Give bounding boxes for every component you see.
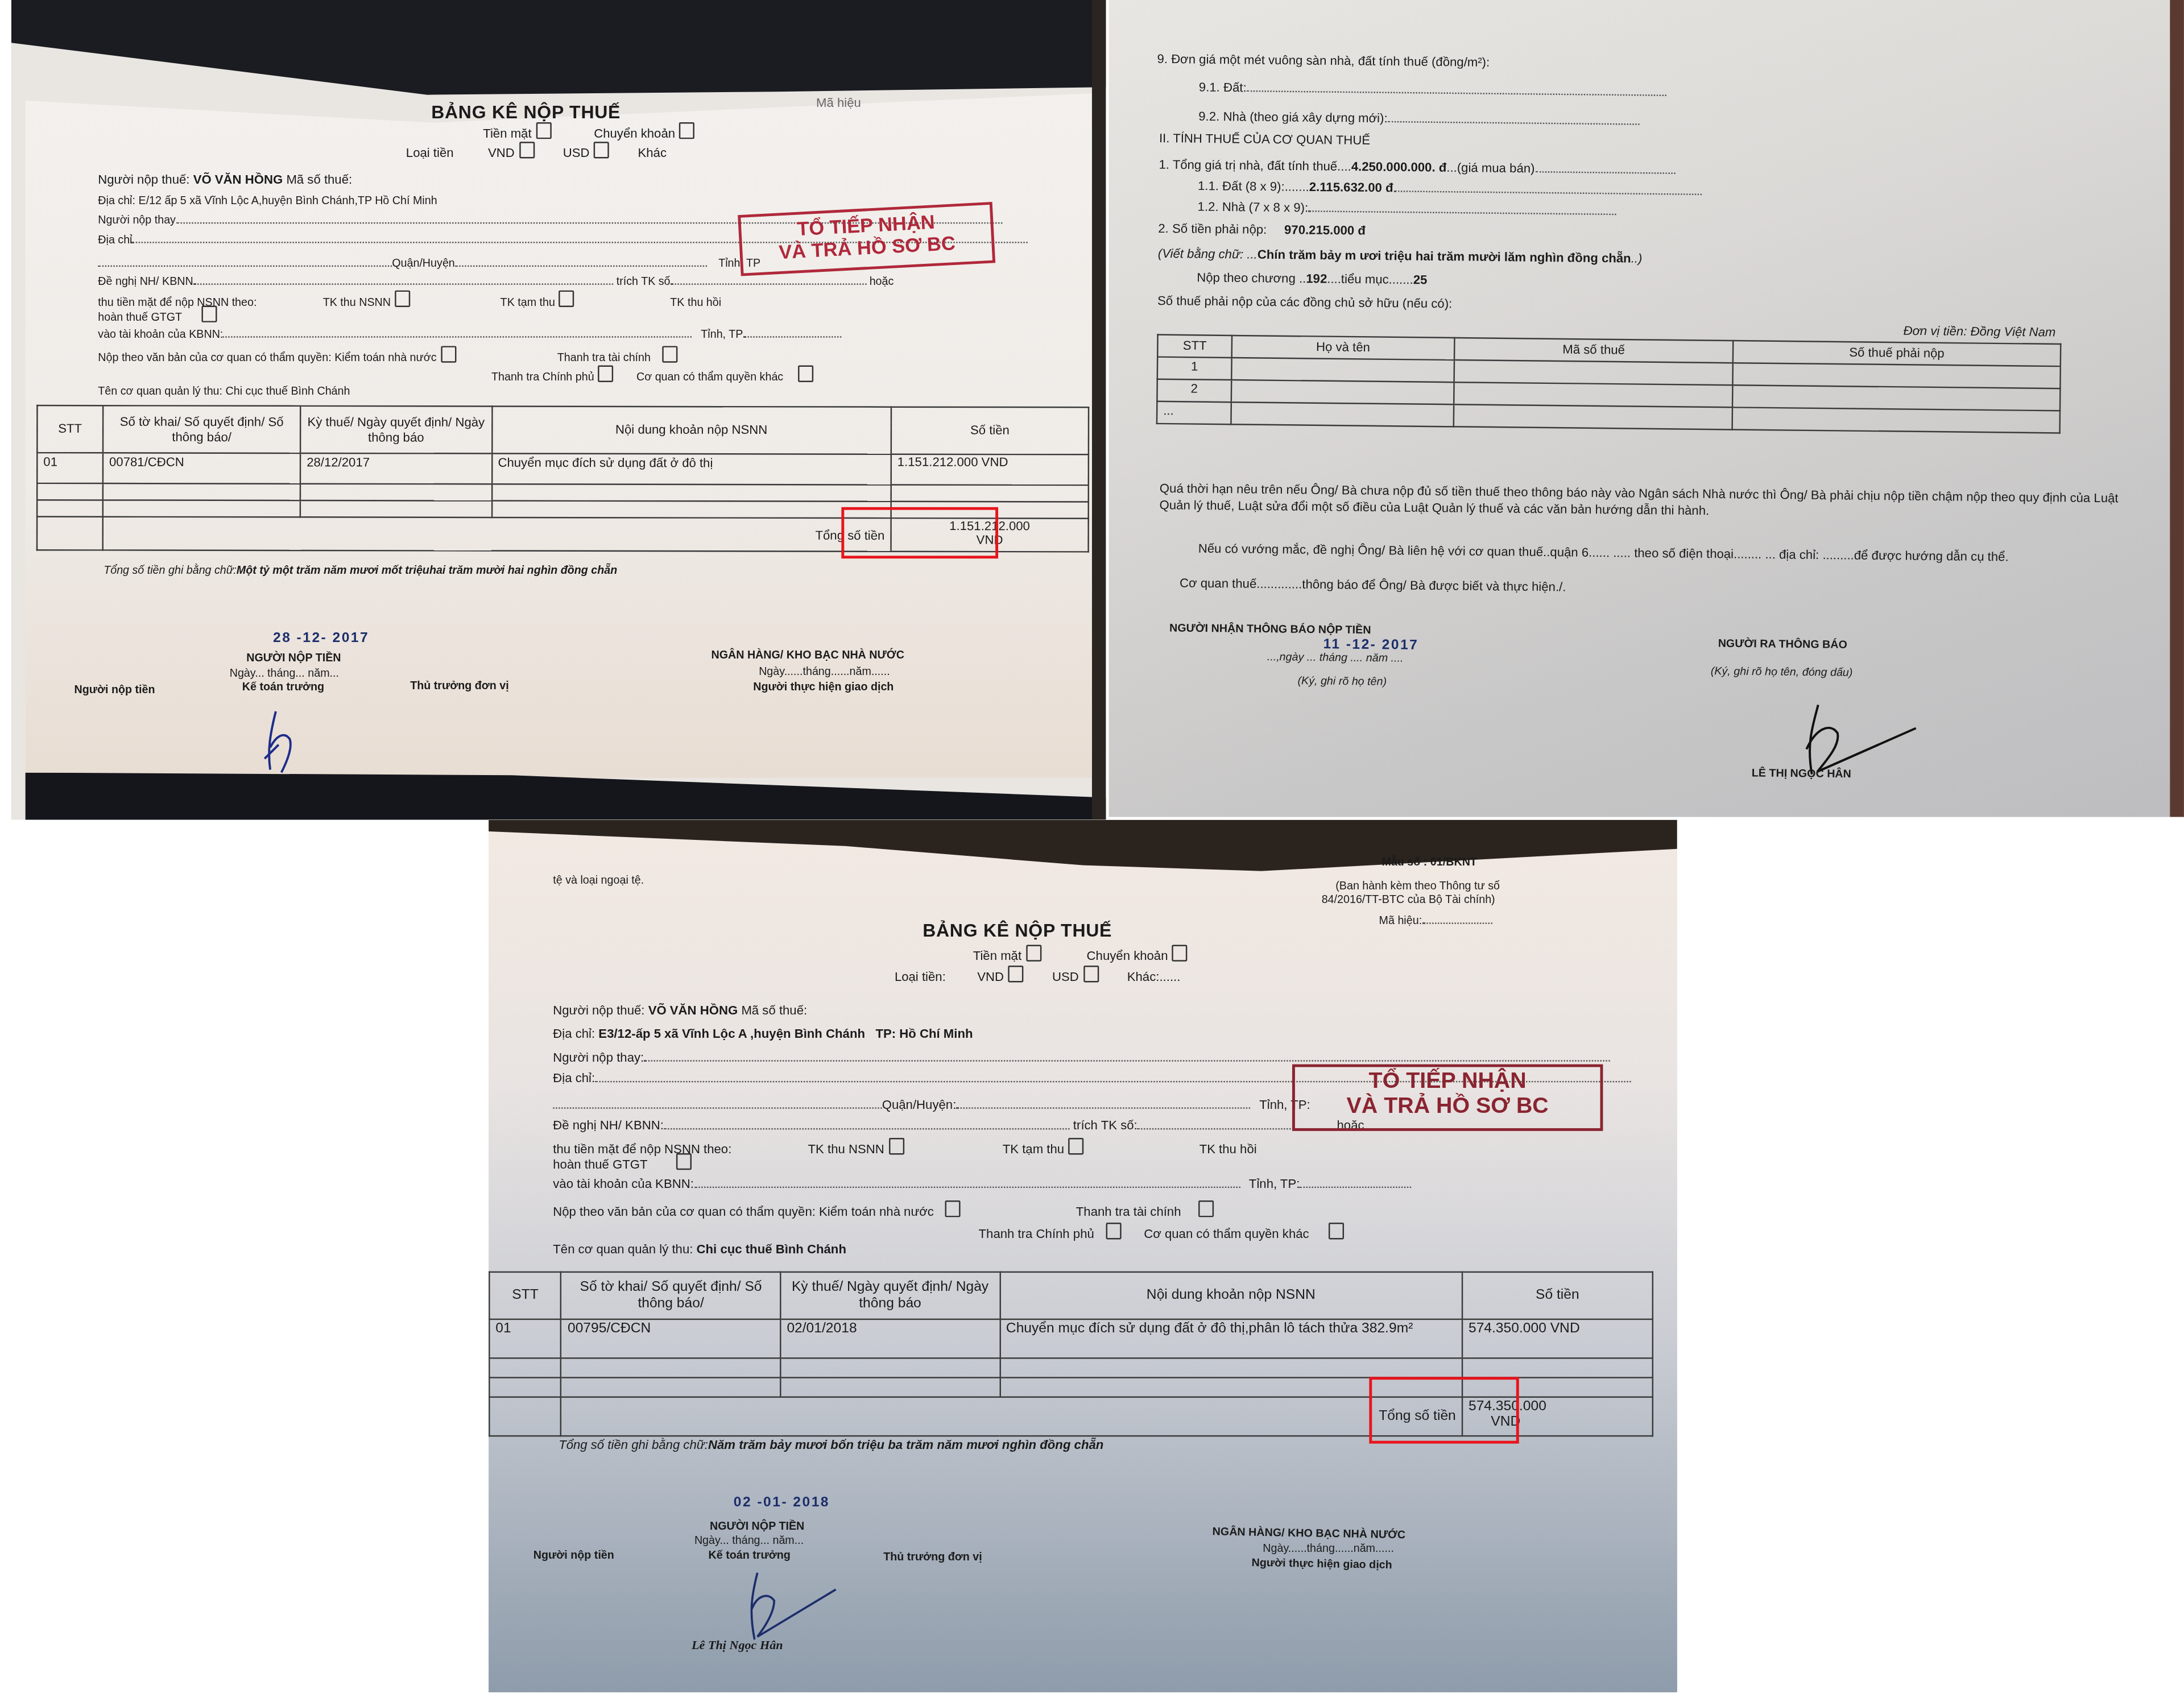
tk-tam-thu-label: TK tạm thu	[1003, 1142, 1064, 1156]
amount-due-value: 970.215.000 đ	[1284, 223, 1366, 238]
item-1-1-label: 1.1. Đất (8 x 9):.......	[1198, 179, 1309, 193]
kbnn-account-label: vào tài khoản của KBNN:	[553, 1177, 694, 1190]
address2-label: Địa chỉ	[98, 233, 132, 246]
state-audit-label: Kiểm toán nhà nước	[334, 351, 436, 364]
district-label: Quận/Huyện	[392, 257, 455, 270]
district-row: Quận/Huyện Tỉnh, TP	[98, 256, 760, 270]
vnd-checkbox[interactable]	[519, 142, 534, 158]
tk-tam-thu-checkbox[interactable]	[559, 291, 574, 307]
finance-inspect-checkbox[interactable]	[1198, 1200, 1213, 1217]
table-header-row: STT Số tờ khai/ Số quyết định/ Số thông …	[37, 405, 1089, 454]
bank-date-line: Ngày......tháng......năm......	[759, 667, 890, 678]
form-reference-1: (Ban hành kèm theo Thông tư số	[1335, 881, 1500, 892]
payer-role-2: Kế toán trưởng	[709, 1551, 791, 1562]
tax-payment-slip-photo-2: tệ và loại ngoại tệ. Mẫu số : 01/BKNT (B…	[489, 820, 1677, 1692]
other-currency-label: Khác:......	[1127, 970, 1181, 983]
column-header: Mã số thuế	[1454, 338, 1733, 363]
receiver-heading: NGƯỜI NHẬN THÔNG BÁO NỘP TIỀN	[1169, 623, 1371, 636]
agency-row: Tên cơ quan quản lý thu: Chi cục thuế Bì…	[98, 386, 350, 397]
taxpayer-name: VÕ VĂN HỒNG	[193, 172, 283, 186]
item-1-value: 4.250.000.000. đ	[1351, 160, 1447, 175]
vat-refund-label: hoàn thuế GTGT	[98, 311, 182, 324]
amount-in-words-row: Tổng số tiền ghi bằng chữ:Năm trăm bảy m…	[559, 1439, 1103, 1452]
payer-role-3: Thủ trưởng đơn vị	[410, 681, 509, 692]
payer-role-1: Người nộp tiền	[533, 1551, 614, 1562]
authority-doc-label: Nộp theo văn bản của cơ quan có thẩm quy…	[553, 1204, 816, 1218]
other-currency-label: Khác	[638, 146, 666, 160]
currency-label: Loại tiền:	[895, 970, 946, 983]
finance-inspect-checkbox[interactable]	[662, 346, 677, 362]
authority-doc-label: Nộp theo văn bản của cơ quan có thẩm quy…	[98, 351, 331, 364]
payer-on-behalf-label: Người nộp thay	[98, 214, 176, 226]
taxpayer-label: Người nộp thuế:	[98, 172, 189, 186]
table-row: 01 00795/CĐCN 02/01/2018 Chuyển mục đích…	[489, 1319, 1653, 1358]
gov-inspect-label: Thanh tra Chính phủ	[491, 371, 594, 383]
table-row-empty	[37, 483, 1089, 502]
cell-amount: 574.350.000 VND	[1462, 1319, 1653, 1358]
other-authority-checkbox[interactable]	[1329, 1223, 1344, 1239]
debit-account-label: trích TK số	[617, 275, 671, 288]
vnd-checkbox[interactable]	[1008, 966, 1023, 982]
column-header: Kỳ thuế/ Ngày quyết định/ Ngày thông báo	[780, 1272, 999, 1319]
gov-inspect-label: Thanh tra Chính phủ	[979, 1227, 1094, 1240]
chapter-value: 192	[1306, 272, 1327, 286]
kbnn-account-row: vào tài khoản của KBNN: Tỉnh, TP	[98, 326, 841, 340]
currency-label: Loại tiền	[406, 146, 454, 160]
vat-refund-checkbox[interactable]	[202, 306, 217, 322]
stamp-line-1: TỔ TIẾP NHẬN	[1295, 1070, 1600, 1095]
taxpayer-label: Người nộp thuế:	[553, 1003, 644, 1017]
section-2-heading: II. TÍNH THUẾ CỦA CƠ QUAN THUẾ	[1159, 132, 1370, 147]
address-row: Địa chỉ: E3/12-ấp 5 xã Vĩnh Lộc A ,huyện…	[553, 1028, 973, 1041]
tax-notice-photo: 9. Đơn giá một mét vuông sàn nhà, đất tí…	[1109, 0, 2184, 817]
column-header: Nội dung khoản nộp NSNN	[491, 406, 891, 454]
taxpayer-name: VÕ VĂN HỒNG	[648, 1003, 738, 1017]
in-words-end: ..)	[1631, 251, 1643, 266]
photo-edge	[1092, 0, 1106, 820]
cell-stt: ...	[1157, 401, 1231, 424]
cell-amount: 1.151.212.000 VND	[891, 454, 1089, 485]
cash-checkbox[interactable]	[1026, 945, 1041, 961]
signer-name: Lê Thị Ngọc Hân	[692, 1639, 783, 1652]
kbnn-account-label: vào tài khoản của KBNN:	[98, 328, 223, 341]
kbnn-account-row: vào tài khoản của KBNN: Tỉnh, TP:	[553, 1177, 1412, 1190]
receiver-date-line: ...,ngày ... tháng .... năm ....	[1267, 652, 1404, 664]
highlight-box	[841, 507, 998, 558]
transfer-checkbox[interactable]	[1172, 945, 1188, 961]
item-9: 9. Đơn giá một mét vuông sàn nhà, đất tí…	[1157, 53, 1490, 69]
column-header: Họ và tên	[1232, 336, 1455, 360]
corner-note: tệ và loại ngoại tệ.	[553, 875, 644, 887]
finance-inspect-label: Thanh tra tài chính	[557, 351, 651, 364]
payer-date-line: Ngày... tháng... năm...	[694, 1535, 804, 1547]
usd-label: USD	[563, 146, 590, 160]
payer-role-1: Người nộp tiền	[74, 685, 155, 697]
tk-tam-thu-checkbox[interactable]	[1068, 1138, 1083, 1154]
currency-row: Loại tiền VND USD Khác	[406, 142, 667, 160]
signature-mark	[741, 1570, 853, 1646]
gov-inspect-checkbox[interactable]	[1106, 1223, 1121, 1239]
cell-date: 28/12/2017	[300, 453, 491, 484]
total-label: Tổng số tiền	[561, 1397, 1462, 1436]
province2-label: Tỉnh, TP:	[1249, 1177, 1300, 1190]
column-header: Số tờ khai/ Số quyết định/ Số thông báo/	[103, 405, 300, 453]
tax-code-label: Mã số thuế:	[286, 172, 352, 186]
item-1-2-label: 1.2. Nhà (7 x 8 x 9):	[1198, 200, 1309, 214]
issuer-heading: NGƯỜI RA THÔNG BÁO	[1718, 639, 1847, 651]
item-2-row: 2. Số tiền phải nộp: 970.215.000 đ	[1158, 223, 1366, 238]
column-header: Kỳ thuế/ Ngày quyết định/ Ngày thông báo	[300, 406, 491, 454]
item-9-1-label: 9.1. Đất:	[1199, 80, 1247, 94]
payer-heading: NGƯỜI NỘP TIỀN	[246, 653, 341, 664]
bank-role: Người thực hiện giao dịch	[753, 682, 894, 694]
currency-unit: Đơn vị tiền: Đồng Việt Nam	[1903, 325, 2055, 339]
reception-stamp: TỔ TIẾP NHẬN VÀ TRẢ HỒ SƠ BC	[1292, 1065, 1603, 1131]
state-audit-label: Kiểm toán nhà nước	[819, 1204, 934, 1218]
vnd-label: VND	[977, 970, 1004, 983]
authority-row: Nộp theo văn bản của cơ quan có thẩm quy…	[553, 1200, 1213, 1219]
table-row: 01 00781/CĐCN 28/12/2017 Chuyển mục đích…	[37, 453, 1089, 485]
district-label: Quận/Huyện:	[882, 1098, 957, 1111]
usd-label: USD	[1052, 970, 1079, 983]
taxpayer-row: Người nộp thuế: VÕ VĂN HỒNG Mã số thuế:	[98, 173, 352, 186]
payment-method-row: Tiền mặt Chuyển khoản	[973, 945, 1188, 963]
state-audit-checkbox[interactable]	[441, 346, 456, 362]
agency-row: Tên cơ quan quản lý thu: Chi cục thuế Bì…	[553, 1244, 846, 1256]
request-label: Đề nghị NH/ KBNN:	[553, 1119, 664, 1132]
cell-doc-number: 00795/CĐCN	[561, 1319, 780, 1358]
chapter-label: Nộp theo chương ..	[1197, 271, 1306, 285]
cell-content: Chuyển mục đích sử dụng đất ở đô thị	[491, 454, 891, 485]
code-label: Mã hiệu:	[1379, 914, 1422, 927]
agency-value: Chi cục thuế Bình Chánh	[697, 1242, 846, 1256]
column-header: STT	[1157, 335, 1232, 358]
highlight-box	[1369, 1377, 1519, 1443]
usd-checkbox[interactable]	[1083, 966, 1098, 982]
cell-doc-number: 00781/CĐCN	[103, 453, 300, 483]
cell-content: Chuyển mục đích sử dụng đất ở đô thị,phâ…	[1000, 1319, 1462, 1358]
tk-thu-nsnn-checkbox[interactable]	[888, 1138, 904, 1154]
vat-refund-checkbox[interactable]	[676, 1153, 691, 1170]
payer-role-2: Kế toán trưởng	[242, 682, 324, 694]
other-authority-label: Cơ quan có thẩm quyền khác	[1144, 1227, 1309, 1240]
or-label: hoặc	[870, 275, 894, 288]
cash-label: Tiền mặt	[973, 949, 1021, 963]
in-words-label: (Viết bằng chữ: ...	[1158, 246, 1258, 261]
document-collage: Mã hiệu BẢNG KÊ NỘP THUẾ Tiền mặt Chuyển…	[0, 0, 2184, 1702]
other-authority-label: Cơ quan có thẩm quyền khác	[636, 371, 783, 383]
amount-in-words: Năm trăm bảy mươi bốn triệu ba trăm năm …	[708, 1438, 1103, 1452]
item-1-note: ...(giá mua bán)	[1446, 160, 1534, 175]
agency-value: Chi cục thuế Bình Chánh	[226, 385, 350, 397]
request-row: Đề nghị NH/ KBNN trích TK số hoặc	[98, 274, 894, 287]
date-stamp: 28 -12- 2017	[273, 632, 369, 646]
tk-thu-nsnn-checkbox[interactable]	[395, 291, 410, 307]
coowners-label: Số thuế phải nộp của các đồng chủ sở hữu…	[1157, 295, 1453, 310]
agency-label: Tên cơ quan quản lý thu:	[98, 385, 222, 397]
vat-refund-row: hoàn thuế GTGT	[553, 1153, 691, 1171]
item-9-2-row: 9.2. Nhà (theo giá xây dựng mới):	[1198, 109, 1640, 127]
amount-in-words-row: Tổng số tiền ghi bằng chữ:Một tỷ một tră…	[104, 565, 617, 577]
item-9-2-label: 9.2. Nhà (theo giá xây dựng mới):	[1198, 109, 1388, 125]
cell-date: 02/01/2018	[780, 1319, 999, 1358]
code-row: Mã hiệu:	[1379, 913, 1492, 926]
table-header-row: STT Số tờ khai/ Số quyết định/ Số thông …	[489, 1272, 1653, 1319]
authority-row: Nộp theo văn bản của cơ quan có thẩm quy…	[98, 346, 677, 364]
bank-role: Người thực hiện giao dịch	[1251, 1558, 1392, 1571]
item-1-row: 1. Tổng giá trị nhà, đất tính thuế....4.…	[1159, 158, 1674, 177]
cash-checkbox[interactable]	[536, 122, 551, 139]
issuer-sign-note: (Ký, ghi rõ họ tên, đóng dấu)	[1711, 666, 1853, 679]
signature-mark	[256, 706, 312, 775]
item-1-1-row: 1.1. Đất (8 x 9):.......2.115.632.00 đ	[1198, 179, 1701, 198]
cell-stt: 1	[1157, 357, 1232, 380]
address-value: E3/12-ấp 5 xã Vĩnh Lộc A ,huyện Bình Chá…	[598, 1027, 973, 1041]
cell-stt: 2	[1157, 379, 1231, 402]
payment-method-row: Tiền mặt Chuyển khoản	[483, 122, 694, 140]
bank-heading: NGÂN HÀNG/ KHO BẠC NHÀ NƯỚC	[711, 650, 904, 661]
usd-checkbox[interactable]	[594, 142, 609, 158]
province2-label: Tỉnh, TP	[701, 328, 743, 341]
subsection-value: 25	[1413, 273, 1428, 287]
payer-role-3: Thủ trưởng đơn vị	[883, 1552, 982, 1563]
bank-heading: NGÂN HÀNG/ KHO BẠC NHÀ NƯỚC	[1213, 1527, 1406, 1541]
column-header: Số tờ khai/ Số quyết định/ Số thông báo/	[561, 1272, 780, 1319]
finance-inspect-label: Thanh tra tài chính	[1076, 1204, 1181, 1218]
notice-content: 9. Đơn giá một mét vuông sàn nhà, đất tí…	[1109, 0, 2184, 817]
amount-in-words-label: Tổng số tiền ghi bằng chữ:	[104, 564, 237, 577]
cell-stt: 01	[37, 453, 103, 483]
tk-thu-hoi-label: TK thu hồi	[670, 296, 721, 308]
tk-thu-hoi-label: TK thu hồi	[1199, 1142, 1257, 1156]
item-1-1-value: 2.115.632.00 đ	[1309, 180, 1393, 194]
document-title: BẢNG KÊ NỘP THUẾ	[923, 921, 1112, 939]
bank-date-line: Ngày......tháng......năm......	[1263, 1544, 1394, 1555]
tk-thu-nsnn-label: TK thu NSNN	[323, 296, 391, 308]
subsection-label: ....tiểu mục.......	[1327, 272, 1413, 287]
column-header: Số thuế phải nộp	[1733, 341, 2061, 366]
amount-in-words: Một tỷ một trăm năm mươi mốt triệuhai tr…	[237, 564, 617, 577]
debit-account-label: trích TK số:	[1073, 1119, 1137, 1132]
transfer-checkbox[interactable]	[679, 122, 694, 139]
address-label: Địa chỉ:	[98, 194, 135, 207]
item-2-label: 2. Số tiền phải nộp:	[1158, 221, 1267, 236]
address-label: Địa chỉ:	[553, 1027, 595, 1041]
agency-label: Tên cơ quan quản lý thu:	[553, 1242, 693, 1256]
currency-row: Loại tiền: VND USD Khác:......	[895, 966, 1180, 984]
payer-heading: NGƯỜI NỘP TIỀN	[710, 1521, 804, 1533]
vat-refund-label: hoàn thuế GTGT	[553, 1157, 647, 1171]
form-number: Mẫu số : 01/BKNT	[1382, 858, 1477, 869]
contact-paragraph: Nếu có vướng mắc, đề nghị Ông/ Bà liên h…	[1159, 540, 2139, 567]
request-label: Đề nghị NH/ KBNN	[98, 275, 193, 288]
coowners-table: STT Họ và tên Mã số thuế Số thuế phải nộ…	[1156, 334, 2062, 433]
in-words-value: Chín trăm bảy m ươi triệu hai trăm mười …	[1258, 247, 1631, 265]
column-header: STT	[489, 1272, 561, 1319]
column-header: Nội dung khoản nộp NSNN	[1000, 1272, 1462, 1319]
payer-on-behalf-row: Người nộp thay:	[553, 1050, 1610, 1064]
district-row: Quận/Huyện: Tỉnh, TP:	[553, 1098, 1310, 1111]
authority-row-2: Thanh tra Chính phủ Cơ quan có thẩm quyề…	[491, 366, 813, 384]
cell-stt: 01	[489, 1319, 561, 1358]
request-row: Đề nghị NH/ KBNN: trích TK số: hoặc	[553, 1119, 1364, 1132]
column-header: Số tiền	[1462, 1272, 1653, 1319]
stamp-line-2: VÀ TRẢ HỒ SƠ BC	[1295, 1095, 1600, 1121]
transfer-label: Chuyển khoản	[594, 126, 675, 140]
item-9-1-row: 9.1. Đất:	[1199, 80, 1666, 99]
table-row-empty	[489, 1358, 1653, 1377]
total-label: Tổng số tiền	[103, 517, 891, 552]
authority-row-2: Thanh tra Chính phủ Cơ quan có thẩm quyề…	[979, 1223, 1345, 1241]
other-authority-checkbox[interactable]	[797, 366, 813, 382]
tax-code-label: Mã số thuế:	[741, 1003, 807, 1017]
tk-thu-nsnn-label: TK thu NSNN	[808, 1142, 884, 1156]
tk-tam-thu-label: TK tạm thu	[500, 296, 555, 308]
address-value: E/12 ấp 5 xã Vĩnh Lộc A,huyện Bình Chánh…	[138, 194, 437, 207]
item-1-label: 1. Tổng giá trị nhà, đất tính thuế....	[1159, 158, 1351, 173]
tax-payment-slip-photo-1: Mã hiệu BẢNG KÊ NỘP THUẾ Tiền mặt Chuyển…	[11, 0, 1106, 820]
address2-label: Địa chỉ:	[553, 1071, 595, 1085]
item-1-2-row: 1.2. Nhà (7 x 8 x 9):	[1198, 200, 1616, 218]
payer-on-behalf-label: Người nộp thay:	[553, 1050, 644, 1064]
vnd-label: VND	[488, 146, 515, 160]
document-title: BẢNG KÊ NỘP THUẾ	[431, 103, 621, 121]
overdue-paragraph: Quá thời hạn nêu trên nếu Ông/ Bà chưa n…	[1159, 480, 2140, 524]
code-label: Mã hiệu	[816, 97, 861, 110]
chapter-row: Nộp theo chương ..192....tiểu mục.......…	[1197, 272, 1427, 287]
vat-refund-row: hoàn thuế GTGT	[98, 306, 217, 324]
amount-in-words-label: Tổng số tiền ghi bằng chữ:	[559, 1438, 708, 1452]
address-row: Địa chỉ: E/12 ấp 5 xã Vĩnh Lộc A,huyện B…	[98, 196, 437, 208]
gov-inspect-checkbox[interactable]	[598, 366, 614, 382]
payer-date-line: Ngày... tháng... năm...	[230, 668, 339, 680]
column-header: Số tiền	[891, 407, 1089, 455]
taxpayer-row: Người nộp thuế: VÕ VĂN HỒNG Mã số thuế:	[553, 1005, 807, 1017]
issuer-name: LÊ THỊ NGỌC HÂN	[1752, 768, 1851, 780]
date-stamp: 02 -01- 2018	[734, 1496, 830, 1510]
in-words-row: (Viết bằng chữ: ...Chín trăm bảy m ươi t…	[1158, 248, 1643, 266]
notice-paragraph: Cơ quan thuế.............thông báo để Ôn…	[1180, 577, 1566, 594]
column-header: STT	[37, 405, 103, 453]
dark-background	[25, 772, 1106, 819]
receiver-sign-note: (Ký, ghi rõ họ tên)	[1297, 676, 1387, 688]
dark-background	[489, 820, 1677, 879]
form-reference-2: 84/2016/TT-BTC của Bộ Tài chính)	[1322, 895, 1495, 906]
state-audit-checkbox[interactable]	[945, 1200, 961, 1217]
cash-label: Tiền mặt	[483, 126, 531, 140]
transfer-label: Chuyển khoản	[1087, 949, 1168, 963]
